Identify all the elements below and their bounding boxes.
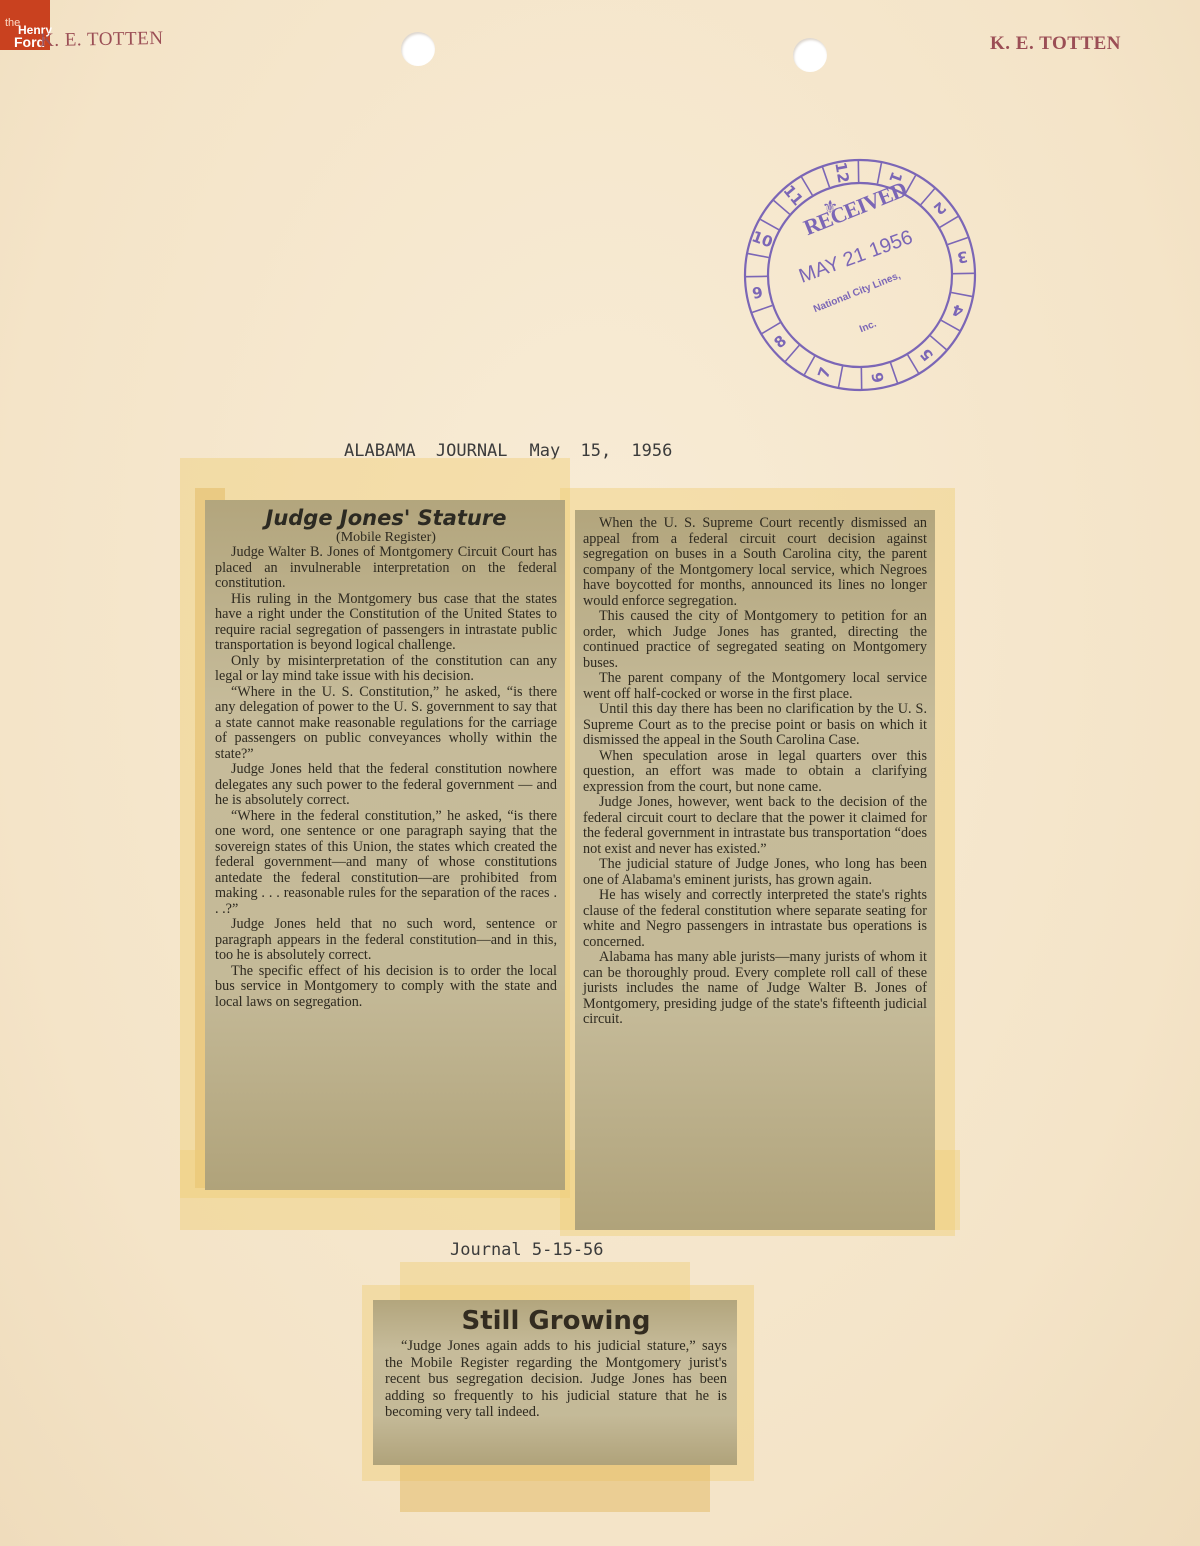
svg-text:2: 2	[930, 198, 950, 218]
svg-text:4: 4	[950, 300, 966, 320]
svg-text:11: 11	[780, 182, 807, 210]
article-paragraph: Judge Jones, however, went back to the d…	[583, 795, 927, 857]
article-paragraph: Judge Walter B. Jones of Montgomery Circ…	[215, 545, 557, 592]
stamp-ring-icon: 910111212345678⚜	[740, 155, 980, 395]
article-paragraph: Judge Jones held that no such word, sent…	[215, 917, 557, 964]
article-source: (Mobile Register)	[215, 530, 557, 545]
received-stamp: 910111212345678⚜ RECEIVED MAY 21 1956 Na…	[740, 155, 980, 395]
article2-headline: Still Growing	[385, 1304, 727, 1338]
clipping-judge-jones-stature-right: When the U. S. Supreme Court recently di…	[575, 510, 935, 1230]
svg-text:12: 12	[831, 161, 852, 185]
article2-body: “Judge Jones again adds to his judicial …	[385, 1338, 727, 1421]
article-paragraph: “Where in the federal constitution,” he …	[215, 809, 557, 918]
article-paragraph: Only by misinterpretation of the constit…	[215, 654, 557, 685]
article-headline: Judge Jones' Stature	[215, 506, 557, 530]
svg-text:7: 7	[814, 365, 834, 381]
article-paragraph: His ruling in the Montgomery bus case th…	[215, 592, 557, 654]
binder-hole-right	[793, 38, 827, 72]
svg-text:9: 9	[751, 283, 764, 303]
clipping-still-growing: Still Growing “Judge Jones again adds to…	[373, 1300, 737, 1465]
article-paragraph: This caused the city of Montgomery to pe…	[583, 609, 927, 671]
binder-hole-left	[401, 32, 435, 66]
article-paragraph: When the U. S. Supreme Court recently di…	[583, 516, 927, 609]
svg-text:3: 3	[956, 247, 969, 267]
article-paragraph: When speculation arose in legal quarters…	[583, 749, 927, 796]
svg-text:5: 5	[917, 345, 937, 365]
article-paragraph: He has wisely and correctly interpreted …	[583, 888, 927, 950]
tape-strip	[400, 1460, 710, 1512]
article-paragraph: Alabama has many able jurists—many juris…	[583, 950, 927, 1028]
article-paragraph: “Judge Jones again adds to his judicial …	[385, 1338, 727, 1421]
article-body-right: When the U. S. Supreme Court recently di…	[583, 516, 927, 1028]
svg-text:6: 6	[868, 371, 888, 384]
article-paragraph: “Where in the U. S. Constitution,” he as…	[215, 685, 557, 763]
article-paragraph: The judicial stature of Judge Jones, who…	[583, 857, 927, 888]
article-paragraph: The specific effect of his decision is t…	[215, 964, 557, 1011]
svg-text:8: 8	[771, 332, 791, 352]
article-paragraph: Until this day there has been no clarifi…	[583, 702, 927, 749]
article-paragraph: The parent company of the Montgomery loc…	[583, 671, 927, 702]
name-stamp-left: K. E. TOTTEN	[40, 28, 164, 52]
clipping-judge-jones-stature-left: Judge Jones' Stature (Mobile Register) J…	[205, 500, 565, 1190]
name-stamp-right: K. E. TOTTEN	[990, 33, 1121, 55]
journal-date-caption: Journal 5-15-56	[450, 1240, 604, 1260]
article-paragraph: Judge Jones held that the federal consti…	[215, 762, 557, 809]
article-body-left: Judge Walter B. Jones of Montgomery Circ…	[215, 545, 557, 1010]
